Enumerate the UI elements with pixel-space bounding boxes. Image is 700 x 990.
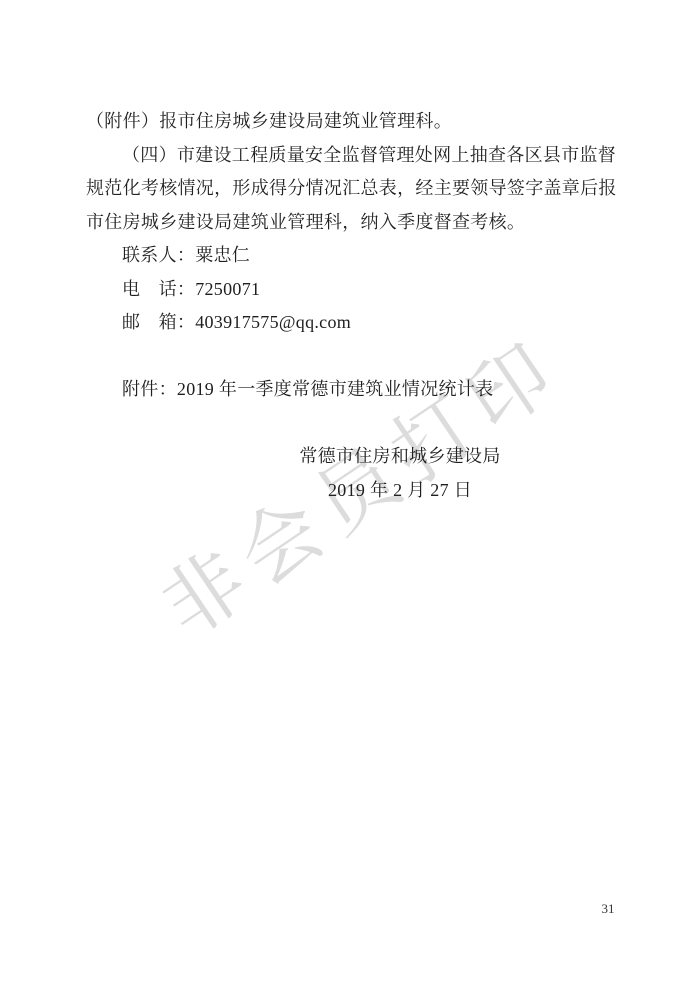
document-body: （附件）报市住房城乡建设局建筑业管理科。 （四）市建设工程质量安全监督管理处网上…: [0, 0, 700, 507]
blank-line: [86, 407, 614, 441]
contact-phone-line: 电 话：7250071: [86, 273, 614, 307]
body-line-section-four-cont-2: 市住房城乡建设局建筑业管理科，纳入季度督查考核。: [86, 206, 614, 240]
blank-line: [86, 340, 614, 374]
body-line-attachment-note: （附件）报市住房城乡建设局建筑业管理科。: [86, 105, 614, 139]
body-line-section-four: （四）市建设工程质量安全监督管理处网上抽查各区县市监督: [86, 139, 614, 173]
contact-email-line: 邮 箱：403917575@qq.com: [86, 306, 614, 340]
attachment-reference-line: 附件：2019 年一季度常德市建筑业情况统计表: [86, 373, 614, 407]
signature-date: 2019 年 2 月 27 日: [136, 474, 664, 508]
page-number: 31: [588, 901, 628, 917]
signature-organization: 常德市住房和城乡建设局: [136, 440, 664, 474]
document-page: 非会员打印 （附件）报市住房城乡建设局建筑业管理科。 （四）市建设工程质量安全监…: [0, 0, 700, 990]
body-line-section-four-cont-1: 规范化考核情况，形成得分情况汇总表，经主要领导签字盖章后报: [86, 172, 614, 206]
contact-name-line: 联系人：粟忠仁: [86, 239, 614, 273]
